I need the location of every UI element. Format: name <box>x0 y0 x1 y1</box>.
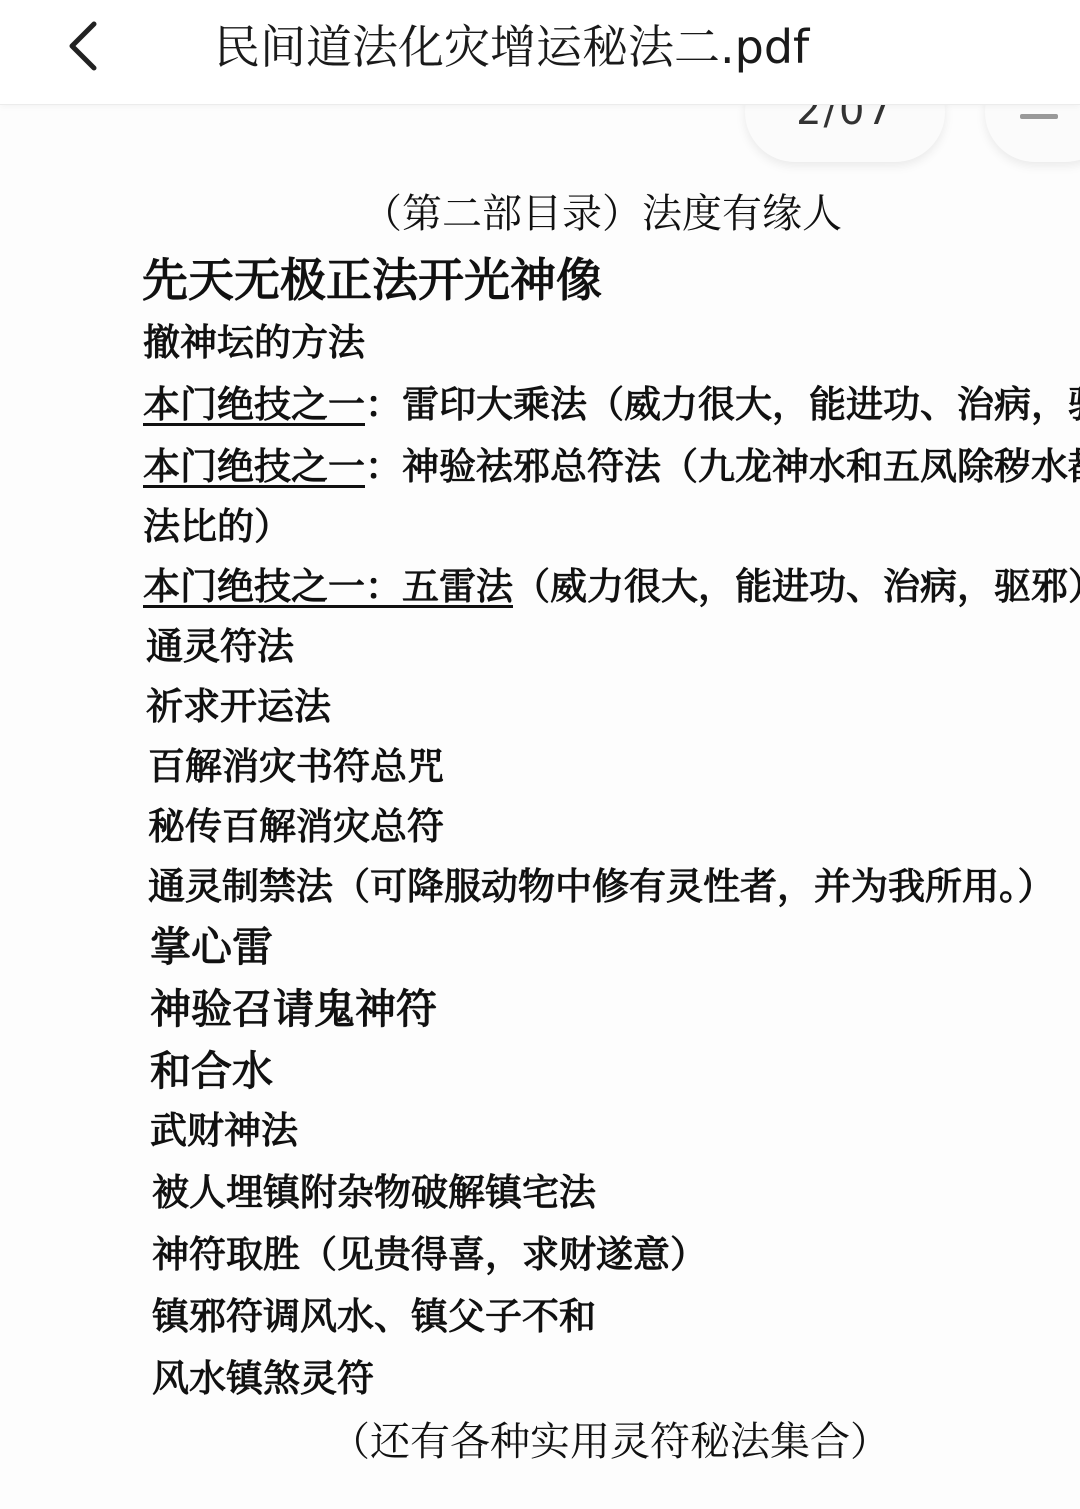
toc-item: 神验召请鬼神符 <box>150 976 437 1035</box>
toc-item: 镇邪符调风水、镇父子不和 <box>152 1286 596 1340</box>
toc-item-prefix: 本门绝技之一：五雷法 <box>143 564 513 608</box>
pdf-page[interactable]: （第二部目录）法度有缘人 先天无极正法开光神像 撤神坛的方法 本门绝技之一：雷印… <box>0 104 1080 1509</box>
document-title: 民间道法化灾增运秘法二.pdf <box>214 14 809 80</box>
toc-item: 撤神坛的方法 <box>143 312 365 366</box>
toc-item-prefix: 本门绝技之一 <box>143 382 365 426</box>
toc-item: 本门绝技之一：雷印大乘法（威力很大，能进功、治病，驱邪） <box>143 374 1080 428</box>
toc-item: 神符取胜（见贵得喜，求财遂意） <box>152 1224 707 1278</box>
toc-heading: （第二部目录）法度有缘人 <box>362 182 842 239</box>
toc-item: 本门绝技之一：神验祛邪总符法（九龙神水和五凤除秽水都没 <box>143 436 1080 490</box>
toc-footer: （还有各种实用灵符秘法集合） <box>330 1410 890 1467</box>
toc-item: 法比的） <box>143 496 291 550</box>
toc-item-prefix: 本门绝技之一 <box>143 444 365 488</box>
chevron-left-icon <box>58 14 118 78</box>
toc-item: 和合水 <box>150 1038 273 1097</box>
toc-item: 本门绝技之一：五雷法（威力很大，能进功、治病，驱邪）。 <box>143 556 1080 610</box>
toc-item: 被人埋镇附杂物破解镇宅法 <box>152 1162 596 1216</box>
app-header: 民间道法化灾增运秘法二.pdf <box>0 0 1080 105</box>
toc-item: 百解消灾书符总咒 <box>148 736 444 790</box>
back-button[interactable] <box>58 14 118 78</box>
minus-icon <box>1020 114 1058 119</box>
toc-item: 通灵制禁法（可降服动物中修有灵性者，并为我所用。） <box>148 856 1055 910</box>
toc-item: 风水镇煞灵符 <box>152 1348 374 1402</box>
toc-item: 先天无极正法开光神像 <box>142 244 602 310</box>
toc-item: 通灵符法 <box>146 616 294 670</box>
toc-item: 祈求开运法 <box>146 676 331 730</box>
toc-item: 掌心雷 <box>150 914 273 973</box>
toc-item: 秘传百解消灾总符 <box>148 796 444 850</box>
toc-item: 武财神法 <box>150 1100 298 1154</box>
